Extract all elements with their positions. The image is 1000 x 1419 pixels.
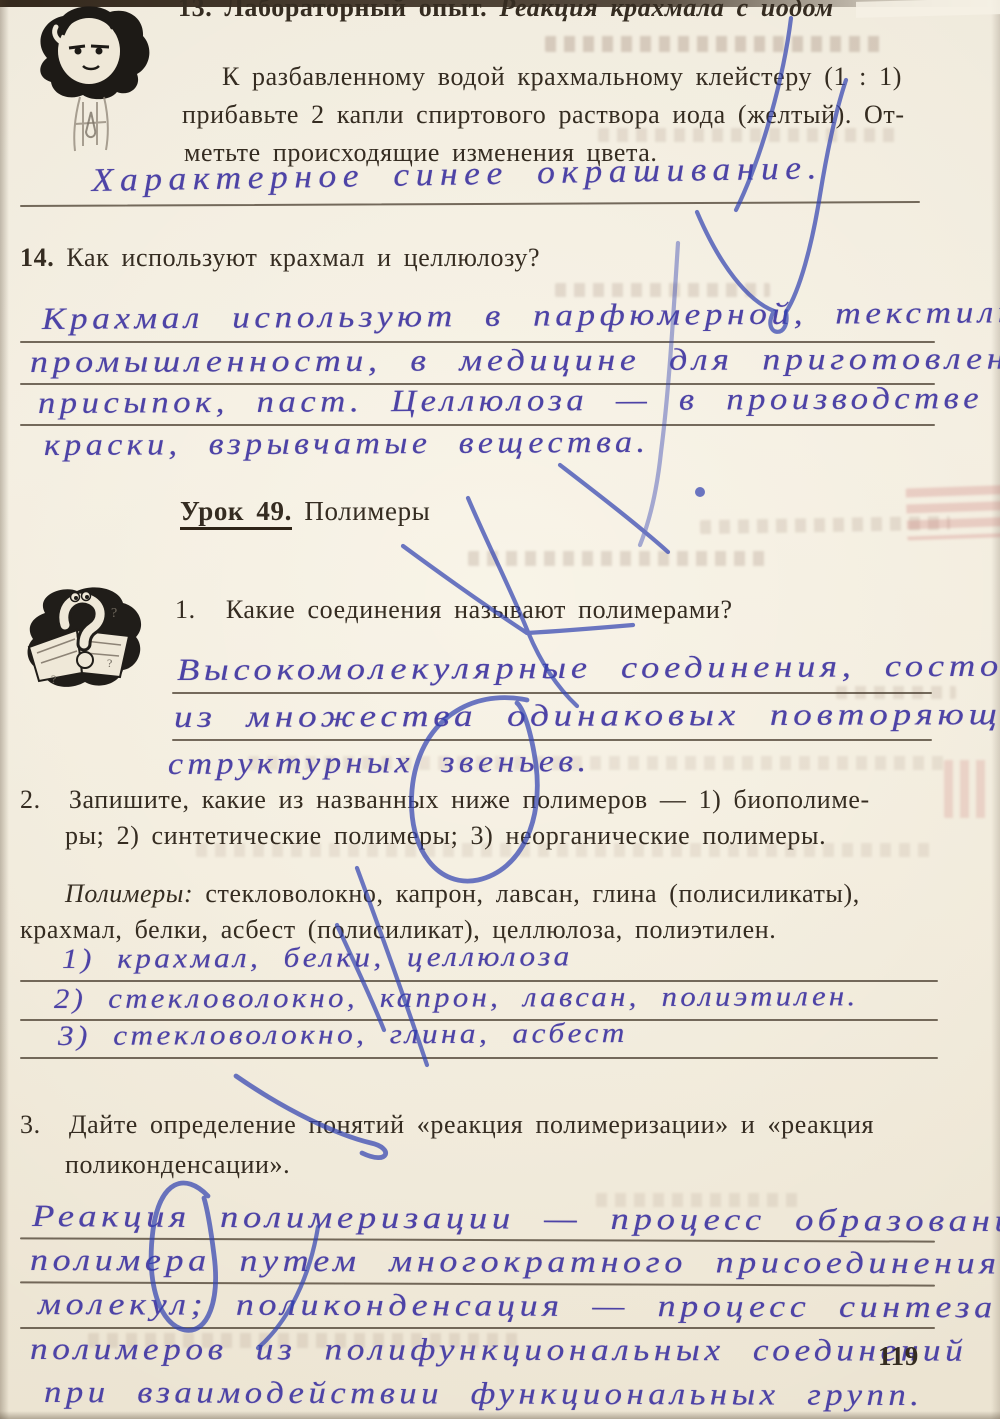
answer-rule: [20, 1327, 935, 1329]
svg-text:?: ?: [111, 606, 117, 621]
question-2-text: Запишите, какие из названных ниже полиме…: [69, 785, 870, 814]
handwritten-answer-3-line: при взаимодействии функциональных групп.: [44, 1374, 923, 1413]
handwritten-answer-14-line: Крахмал используют в парфюмерной, тексти…: [42, 294, 1000, 337]
professor-icon: [25, 2, 160, 154]
workbook-page: 13. Лабораторный опыт. Реакция крахмала …: [0, 0, 1000, 1419]
handwritten-answer-3-line: Реакция полимеризации — процесс образова…: [32, 1198, 1000, 1239]
question-2-line-2: ры; 2) синтетические полимеры; 3) неорга…: [65, 821, 826, 851]
polymers-list-rest: стекловолокно, капрон, лавсан, глина (по…: [193, 879, 860, 908]
bleedthrough-text: [700, 516, 950, 534]
lab-heading-title: Реакция крахмала с иодом: [499, 0, 833, 22]
bleedthrough-text: [555, 283, 770, 297]
scan-corner-top-right: [856, 0, 1000, 18]
handwritten-answer-1-line: Высокомолекулярные соединения, состоящие: [177, 647, 1000, 688]
handwritten-answer-3-line: полимера путем многократного присоединен…: [30, 1242, 1000, 1281]
handwritten-answer-14-line: краски, взрывчатые вещества.: [44, 424, 650, 463]
lab-paragraph-line: К разбавленному водой крахмальному клейс…: [222, 62, 902, 92]
bleedthrough-text: [468, 551, 768, 566]
answer-rule: [172, 739, 932, 741]
question-3-line-1: 3. Дайте определение понятий «реакция по…: [20, 1110, 874, 1140]
polymers-list-line-1: Полимеры: стекловолокно, капрон, лавсан,…: [65, 879, 860, 909]
question-1: 1. Какие соединения называют полимерами?: [175, 595, 733, 625]
bleedthrough-red-ink: [906, 485, 1000, 541]
lab-heading-label: Лабораторный опыт.: [224, 0, 487, 22]
question-book-icon: ? ? ?: [15, 583, 155, 701]
lab-heading: 13. Лабораторный опыт. Реакция крахмала …: [178, 0, 834, 23]
handwritten-answer-2-line: 2) стекловолокно, капрон, лавсан, полиэт…: [54, 981, 859, 1016]
lesson-title: Полимеры: [304, 496, 430, 526]
answer-rule: [20, 201, 920, 207]
question-14: 14. Как используют крахмал и целлюлозу?: [20, 243, 540, 273]
question-1-text: Какие соединения называют полимерами?: [226, 595, 733, 624]
handwritten-answer-2-line: 3) стекловолокно, глина, асбест: [58, 1018, 628, 1053]
lesson-number: Урок 49.: [180, 496, 292, 530]
handwritten-answer-3-line: молекул; поликонденсация — процесс синте…: [38, 1286, 997, 1325]
svg-text:?: ?: [107, 656, 112, 670]
question-3-number: 3.: [20, 1110, 41, 1139]
question-14-number: 14.: [20, 243, 54, 272]
question-2-line-1: 2. Запишите, какие из названных ниже пол…: [20, 785, 870, 815]
question-book-doodle-illustration: ? ? ?: [15, 583, 155, 701]
handwritten-answer-1-line: из множества одинаковых повторяющихся: [174, 696, 1000, 735]
scan-edge-left: [0, 0, 9, 1419]
handwritten-answer-14-line: присыпок, паст. Целлюлоза — в производст…: [38, 379, 1000, 421]
handwritten-answer-3-line: полимеров из полифункциональных соединен…: [30, 1331, 967, 1369]
question-14-text: Как используют крахмал и целлюлозу?: [66, 243, 540, 272]
question-3-text: Дайте определение понятий «реакция полим…: [69, 1110, 874, 1139]
handwritten-answer-2-line: 1) крахмал, белки, целлюлоза: [62, 941, 573, 976]
lab-paragraph-line: прибавьте 2 капли спиртового раствора ио…: [182, 100, 905, 130]
page-number: 119: [878, 1341, 919, 1372]
polymers-list-label: Полимеры:: [65, 879, 193, 908]
professor-doodle-illustration: [25, 2, 160, 154]
question-2-number: 2.: [20, 785, 41, 814]
lab-heading-number: 13.: [178, 0, 212, 22]
svg-text:?: ?: [51, 672, 56, 686]
handwritten-answer-14-line: промышленности, в медицине для приготовл…: [30, 340, 1000, 380]
handwritten-answer-1-line: структурных звеньев.: [168, 743, 591, 782]
answer-rule: [20, 1057, 938, 1059]
answer-rule: [172, 692, 932, 694]
polymers-list-line-2: крахмал, белки, асбест (полисиликат), це…: [20, 915, 776, 945]
lesson-heading: Урок 49. Полимеры: [180, 496, 430, 527]
bleedthrough-text: [545, 36, 885, 52]
question-3-line-2: поликонденсации».: [65, 1150, 290, 1180]
bleedthrough-red-ink: [944, 760, 992, 818]
question-1-number: 1.: [175, 595, 196, 624]
